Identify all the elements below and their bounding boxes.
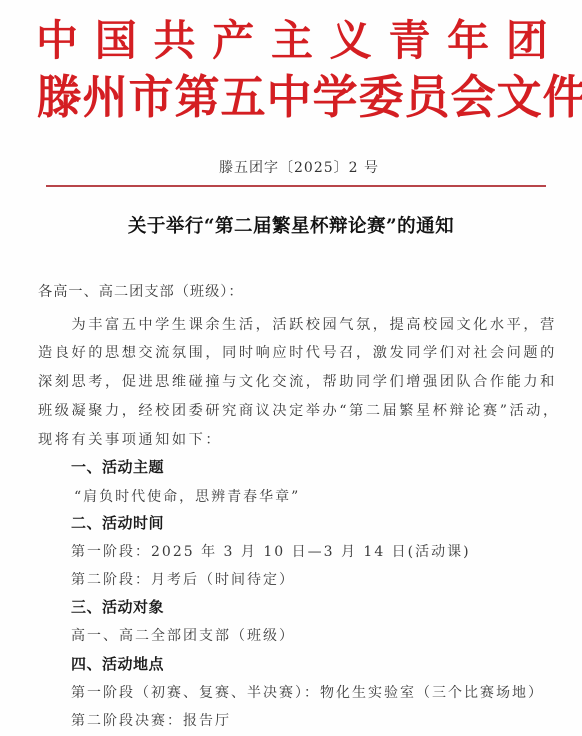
intro-line: 班级凝聚力，经校团委研究商议决定举办“第二届繁星杯辩论赛”活动， [38, 400, 560, 420]
letterhead-char: 委 [358, 70, 403, 124]
letterhead-char: 主 [271, 16, 313, 66]
intro-line: 深刻思考，促进思维碰撞与文化交流，帮助同学们增强团队合作能力和 [38, 371, 557, 391]
letterhead-char: 国 [95, 16, 137, 66]
letterhead-char: 产 [212, 16, 254, 66]
letterhead-line-2: 滕 州 市 第 五 中 学 委 员 会 文 件 [36, 70, 548, 124]
theme-text: “肩负时代使命，思辨青春华章” [74, 486, 300, 506]
letterhead-char: 员 [404, 70, 449, 124]
section-heading-venue: 四、活动地点 [71, 653, 164, 674]
letterhead-char: 州 [82, 70, 127, 124]
letterhead-char: 中 [36, 16, 78, 66]
letterhead-char: 团 [506, 16, 548, 66]
intro-line: 现将有关事项通知如下： [38, 429, 222, 449]
letterhead-char: 学 [312, 70, 357, 124]
letterhead-char: 五 [220, 70, 265, 124]
document-page: 中 国 共 产 主 义 青 年 团 滕 州 市 第 五 中 学 委 员 会 文 … [0, 0, 582, 736]
letterhead-line-1: 中 国 共 产 主 义 青 年 团 [36, 16, 548, 66]
letterhead-char: 会 [450, 70, 495, 124]
venue-stage-1: 第一阶段（初赛、复赛、半决赛）：物化生实验室（三个比赛场地） [71, 682, 544, 702]
letterhead-char: 年 [447, 16, 489, 66]
letterhead-char: 市 [128, 70, 173, 124]
intro-line: 造良好的思想交流氛围，同时响应时代号召，激发同学们对社会问题的 [38, 342, 557, 362]
letterhead-char: 共 [153, 16, 195, 66]
letterhead-char: 滕 [36, 70, 81, 124]
red-divider [46, 185, 546, 187]
document-number-text: 滕五团字〔2025〕2 号 [219, 157, 379, 177]
letterhead-char: 第 [174, 70, 219, 124]
time-stage-1: 第一阶段：2025 年 3 月 10 日—3 月 14 日(活动课) [71, 541, 471, 561]
audience-text: 高一、高二全部团支部（班级） [71, 625, 295, 645]
document-number: 滕五团字〔2025〕2 号 [0, 157, 582, 177]
letterhead-char: 青 [388, 16, 430, 66]
letterhead-char: 文 [496, 70, 541, 124]
letterhead-char: 义 [330, 16, 372, 66]
section-heading-time: 二、活动时间 [71, 512, 164, 533]
section-heading-theme: 一、活动主题 [71, 456, 164, 477]
letterhead-char: 中 [266, 70, 311, 124]
section-heading-audience: 三、活动对象 [71, 596, 164, 617]
letterhead-char: 件 [542, 70, 582, 124]
time-stage-2: 第二阶段：月考后（时间待定） [71, 569, 295, 589]
salutation: 各高一、高二团支部（班级）： [38, 281, 244, 301]
venue-stage-2: 第二阶段决赛：报告厅 [71, 710, 231, 730]
notice-title: 关于举行“第二届繁星杯辩论赛”的通知 [0, 212, 582, 238]
intro-line: 为丰富五中学生课余生活，活跃校园气氛，提高校园文化水平，营 [38, 314, 557, 334]
